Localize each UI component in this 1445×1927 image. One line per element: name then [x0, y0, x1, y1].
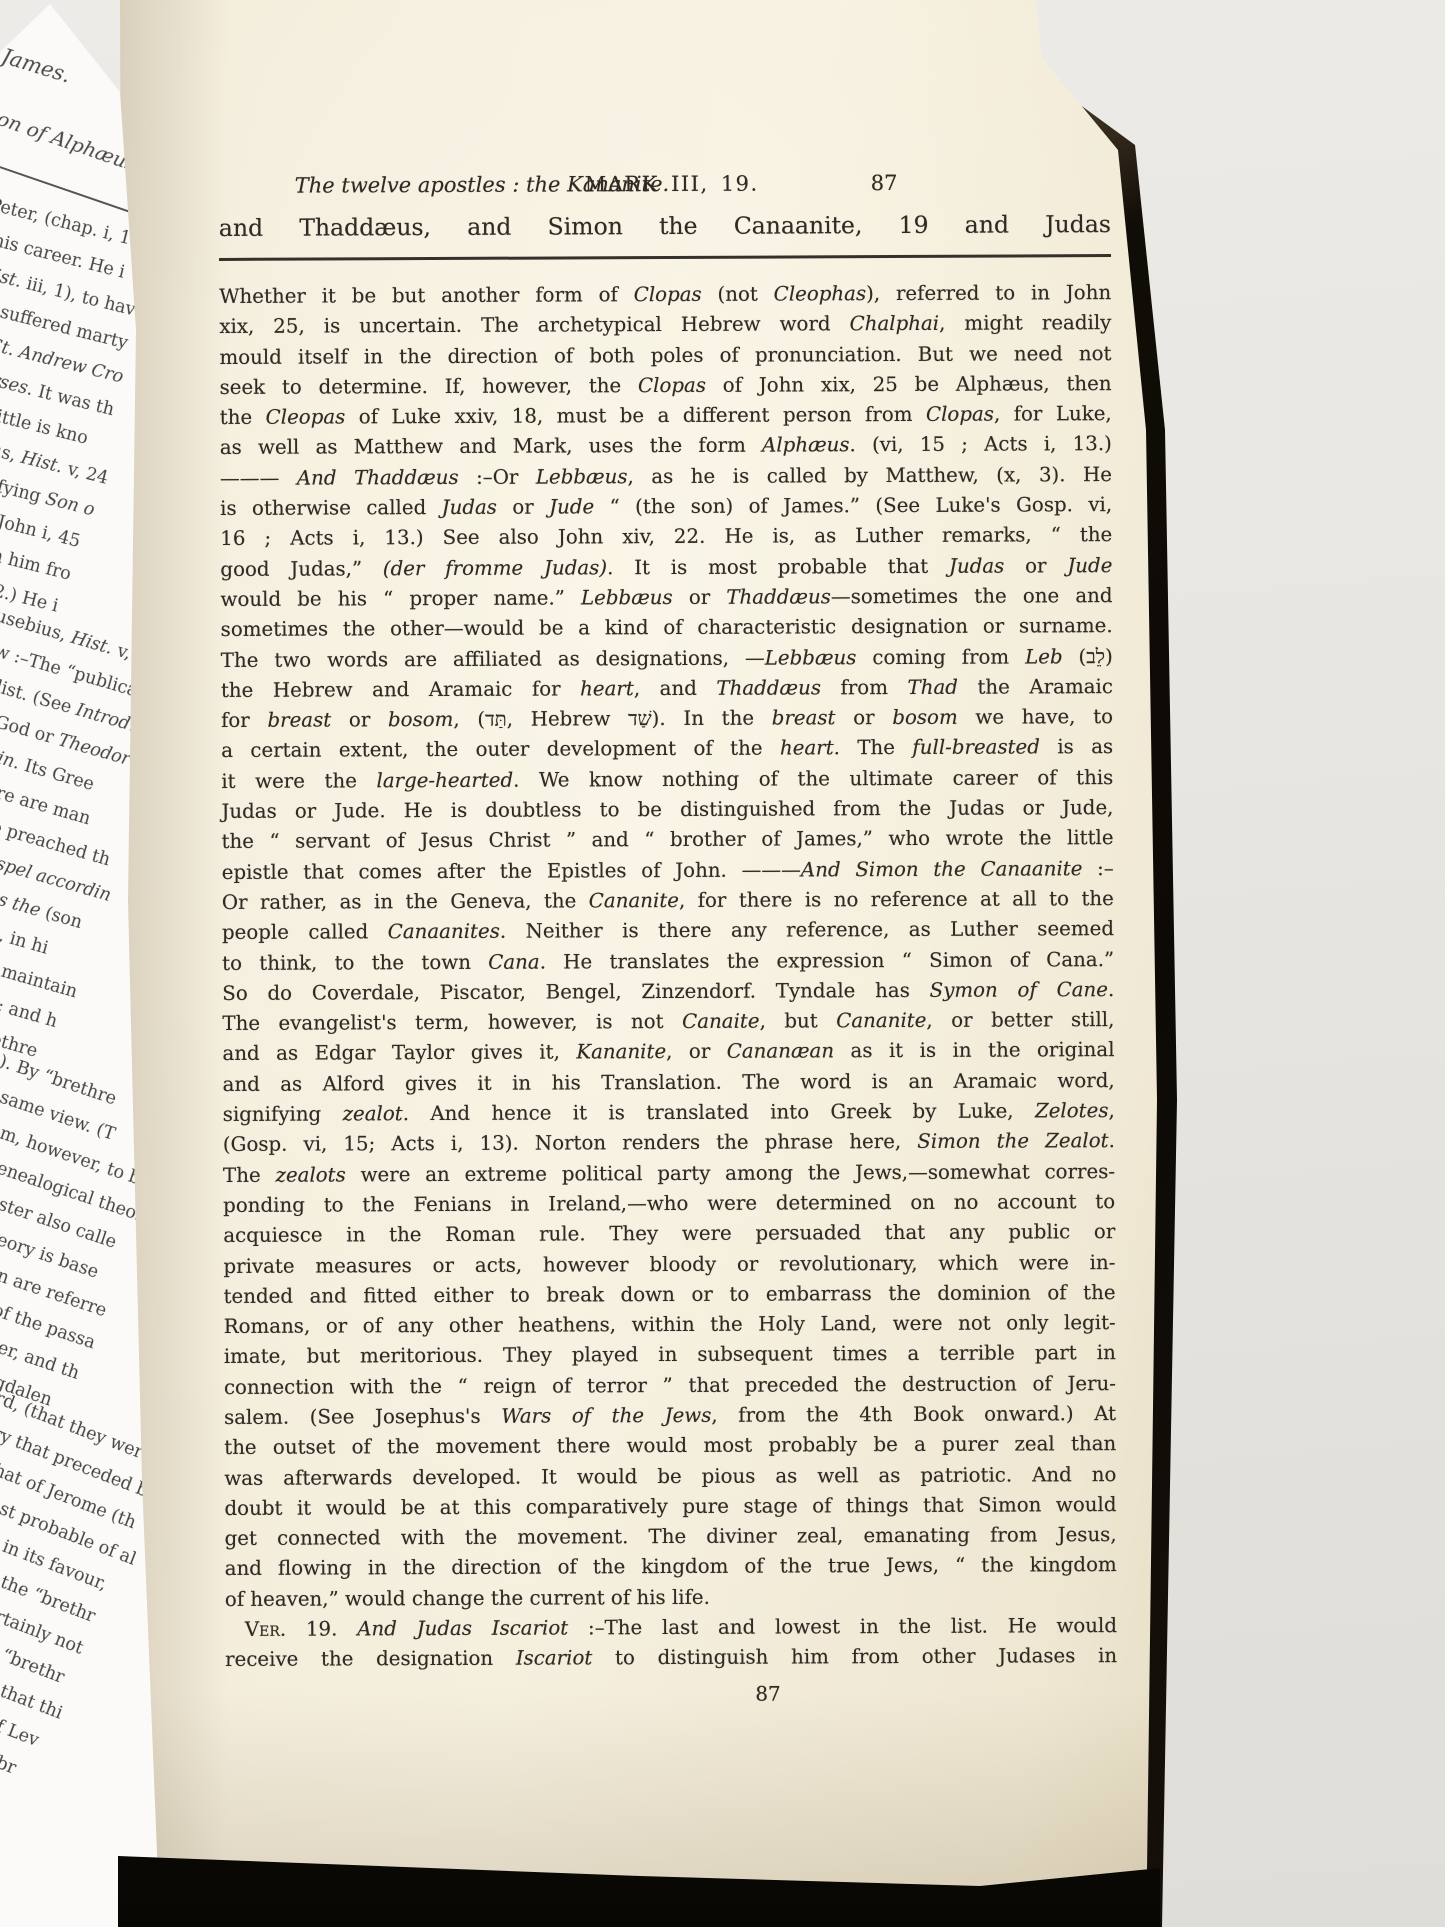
body-text-line: and as Alford gives it in his Translatio…	[223, 1066, 1115, 1100]
body-text-line: and flowing in the direction of the king…	[225, 1551, 1117, 1585]
body-text-line: the outset of the movement there would m…	[224, 1429, 1116, 1463]
body-text-line: the Cleopas of Luke xxiv, 18, must be a …	[220, 399, 1112, 433]
body-text-line: Or rather, as in the Geneva, the Cananit…	[222, 884, 1114, 918]
body-text-line: tended and fitted either to break down o…	[223, 1278, 1115, 1312]
body-text-line: the “ servant of Jesus Christ ” and “ br…	[222, 823, 1114, 857]
body-text-line: mould itself in the direction of both po…	[219, 339, 1111, 373]
body-text-line: connection with the “ reign of terror ” …	[224, 1369, 1116, 1403]
body-text-line: would be his “ proper name.” Lebbæus or …	[220, 581, 1112, 615]
body-text-line: and as Edgar Taylor gives it, Kananite, …	[222, 1035, 1114, 1069]
body-text: Whether it be but another form of Clopas…	[219, 278, 1117, 1676]
body-text-line: of heaven,” would change the current of …	[225, 1581, 1117, 1615]
body-text-line: 16 ; Acts i, 13.) See also John xiv, 22.…	[220, 520, 1112, 554]
left-page-head-fragment: James.	[0, 44, 74, 88]
body-text-line: was afterwards developed. It would be pi…	[224, 1460, 1116, 1494]
body-text-line: for breast or bosom, (תַּד, Hebrew שַׁד)…	[221, 702, 1113, 736]
body-text-line: private measures or acts, however bloody…	[223, 1248, 1115, 1282]
body-text-line: sometimes the other—would be a kind of c…	[221, 611, 1113, 645]
body-text-line: seek to determine. If, however, the Clop…	[220, 369, 1112, 403]
printed-page-content: The twelve apostles : the Kananite. MARK…	[219, 170, 1118, 1708]
body-text-line: as well as Matthew and Mark, uses the fo…	[220, 430, 1112, 464]
body-text-line: epistle that comes after the Epistles of…	[222, 854, 1114, 888]
body-text-line: receive the designation Iscariot to dist…	[225, 1641, 1117, 1675]
body-text-line: The evangelist's term, however, is not C…	[222, 1005, 1114, 1039]
running-head: The twelve apostles : the Kananite. MARK…	[219, 170, 1111, 202]
body-text-line: good Judas,” (der fromme Judas). It is m…	[220, 551, 1112, 585]
body-text-line: get connected with the movement. The div…	[225, 1520, 1117, 1554]
body-text-line: a certain extent, the outer development …	[221, 733, 1113, 767]
body-text-line: ——— And Thaddæus :–Or Lebbæus, as he is …	[220, 460, 1112, 494]
body-text-line: The zealots were an extreme political pa…	[223, 1157, 1115, 1191]
body-text-line: signifying zealot. And hence it is trans…	[223, 1096, 1115, 1130]
bottom-folio: 87	[225, 1680, 1117, 1708]
body-text-line: The two words are affiliated as designat…	[221, 642, 1113, 676]
body-text-line: imate, but meritorious. They played in s…	[224, 1338, 1116, 1372]
body-text-line: to think, to the town Cana. He translate…	[222, 945, 1114, 979]
lemma-line: and Thaddæus, and Simon the Canaanite, 1…	[219, 210, 1111, 242]
body-text-line: people called Canaanites. Neither is the…	[222, 914, 1114, 948]
running-head-folio: 87	[871, 171, 898, 195]
body-text-line: doubt it would be at this comparatively …	[224, 1490, 1116, 1524]
body-text-line: Judas or Jude. He is doubtless to be dis…	[221, 793, 1113, 827]
body-text-line: ponding to the Fenians in Ireland,—who w…	[223, 1187, 1115, 1221]
body-text-line: (Gosp. vi, 15; Acts i, 13). Norton rende…	[223, 1126, 1115, 1160]
body-text-line: the Hebrew and Aramaic for heart, and Th…	[221, 672, 1113, 706]
body-text-line: Romans, or of any other heathens, within…	[224, 1308, 1116, 1342]
body-text-line: salem. (See Josephus's Wars of the Jews,…	[224, 1399, 1116, 1433]
body-text-line: So do Coverdale, Piscator, Bengel, Zinze…	[222, 975, 1114, 1009]
body-text-line: acquiesce in the Roman rule. They were p…	[223, 1217, 1115, 1251]
body-text-line: is otherwise called Judas or Jude “ (the…	[220, 490, 1112, 524]
book-photo: The twelve apostles : the Kananite. MARK…	[0, 0, 1445, 1927]
body-text-line: xix, 25, is uncertain. The archetypical …	[219, 308, 1111, 342]
left-page-running-head-fragment: on of Alphæus	[0, 106, 140, 176]
running-head-reference: MARK III, 19.	[585, 172, 759, 197]
body-text-line: Ver. 19. And Judas Iscariot :–The last a…	[225, 1611, 1117, 1645]
body-text-line: it were the large-hearted. We know nothi…	[221, 763, 1113, 797]
body-text-line: Whether it be but another form of Clopas…	[219, 278, 1111, 312]
separator-rule	[219, 254, 1111, 261]
